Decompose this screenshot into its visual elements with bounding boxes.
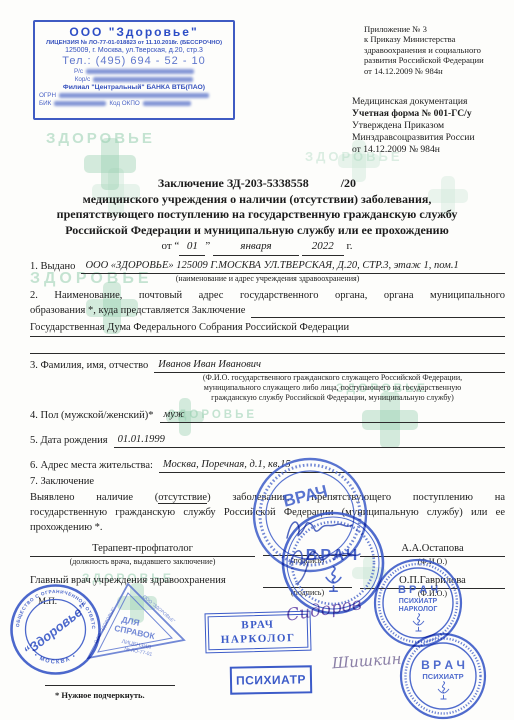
form-ministry: Минздравсоцразвития России	[352, 132, 510, 144]
svg-text:• МОСКВА •: • МОСКВА •	[33, 653, 78, 666]
title-line: препятствующего поступлению на государст…	[0, 207, 514, 223]
appendix-line: Приложение № 3	[364, 24, 509, 34]
appendix-line: от 14.12.2009 № 984н	[364, 66, 509, 76]
conclusion-line3: прохождению *.	[30, 520, 505, 535]
chief-doctor-name: О.П.Гаврилова	[360, 573, 505, 589]
form-doc-type: Медицинская документация	[352, 96, 510, 108]
field-fio: 3. Фамилия, имя, отчество Иванов Иван Ив…	[30, 357, 505, 373]
stamp-line: В Р А Ч	[421, 658, 465, 672]
field5-value: 01.01.1999	[114, 434, 165, 445]
conclusion-line2: государственную гражданскую службу Росси…	[30, 505, 505, 520]
fio-caption: (Ф.И.О.)	[360, 557, 505, 567]
field3-caption: гражданскую службу Российской Федерации,…	[160, 393, 505, 403]
field-birthdate: 5. Дата рождения 01.01.1999	[30, 432, 505, 448]
sign-row-therapist: Терапевт-профпатолог (должность врача, в…	[30, 541, 505, 567]
clinic-bank-branch: Филиал "Центральный" БАНКА ВТБ(ПАО)	[39, 84, 229, 91]
signature-caption: (подпись)	[263, 588, 352, 598]
field-address: 6. Адрес места жительства: Москва, Пореч…	[30, 457, 505, 473]
issue-day: 01	[179, 239, 205, 256]
appendix-line: развития Российской Федерации	[364, 55, 509, 65]
clinic-license: ЛИЦЕНЗИЯ № ЛО-77-01-018823 от 11.10.2018…	[39, 40, 229, 46]
issue-year: 2022	[302, 239, 344, 256]
clinic-name: ООО "Здоровье"	[39, 25, 229, 39]
round-stamp-psychiatrist: В Р А Ч ПСИХИАТР	[398, 631, 488, 720]
sign-row-chief-doctor: Главный врач учреждения здравоохранения …	[30, 573, 505, 599]
field4-value: муж	[160, 409, 185, 420]
footnote-rule	[45, 685, 175, 686]
appendix-line: к Приказу Министерства	[364, 34, 509, 44]
redacted-okpo	[143, 101, 191, 106]
rect-stamp-psychiatrist: ПСИХИАТР	[230, 665, 312, 694]
conclusion-text: ) заболевания, препятствующего поступлен…	[207, 492, 505, 503]
clinic-phone: Тел.: (495) 694 - 52 - 10	[39, 55, 229, 67]
field1-caption: (наименование и адрес учреждения здравоо…	[30, 274, 505, 284]
redacted-account	[86, 69, 194, 74]
field3-caption: (Ф.И.О. государственного гражданского сл…	[160, 373, 505, 383]
redacted-corr-account	[93, 77, 193, 82]
chief-signature-line	[263, 573, 352, 588]
redacted-bik	[54, 101, 106, 106]
field2-value: Государственная Дума Федерального Собран…	[30, 322, 349, 333]
issue-month: января	[213, 239, 299, 256]
field3-label: 3. Фамилия, имя, отчество	[30, 358, 154, 373]
therapist-name: А.А.Остапова	[360, 541, 505, 557]
therapist-title: Терапевт-профпатолог	[30, 541, 255, 557]
document-title: Заключение ЗД-203-5338558 /20 медицинско…	[0, 176, 514, 256]
conclusion-line1: Выявлено наличие (отсутствие) заболевани…	[30, 490, 505, 505]
corr-account-label: Кор/с	[75, 76, 91, 83]
empty-ruled-line	[30, 337, 505, 354]
bik-label: БИК	[39, 100, 51, 107]
field-gender: 4. Пол (мужской/женский)* муж	[30, 407, 505, 423]
field1-value: ООО «ЗДОРОВЬЕ» 125009 Г.МОСКВА УЛ.ТВЕРСК…	[81, 260, 458, 271]
okpo-label: Код ОКПО	[109, 100, 139, 107]
field2-value-row: Государственная Дума Федерального Собран…	[30, 320, 505, 337]
narcologist-line2: НАРКОЛОГ	[209, 631, 307, 648]
title-number: Заключение ЗД-203-5338558	[158, 176, 309, 190]
fio-caption: (Ф.И.О.)	[360, 589, 505, 599]
title-number-suffix: /20	[341, 176, 356, 190]
field2-blank	[251, 303, 505, 318]
chief-doctor-title: Главный врач учреждения здравоохранения	[30, 573, 255, 588]
stamp-line: ПСИХИАТР	[422, 672, 463, 681]
triangle-line2: СПРАВОК	[114, 623, 157, 641]
triangle-side-left: ООО "ЗДОРОВЬЕ"	[93, 606, 117, 644]
microtext-ring	[406, 639, 481, 714]
seal-rim-bottom-text: • МОСКВА •	[33, 653, 78, 666]
clinic-address: 125009, г. Москва, ул.Тверская, д.20, ст…	[39, 47, 229, 54]
therapist-title-caption: (должность врача, выдавшего заключение)	[30, 557, 255, 567]
field2-line2: образования *, куда представляется Заклю…	[30, 303, 505, 318]
stamp-line: ПСИХИАТР	[399, 598, 438, 605]
title-number-line: Заключение ЗД-203-5338558 /20	[0, 176, 514, 192]
watermark-text: ЗДОРОВЬЕ	[46, 130, 155, 147]
mp-seal-label: М.П.	[38, 596, 57, 606]
caduceus-icon	[413, 614, 424, 631]
field6-value: Москва, Поречная, д.1, кв.15	[159, 459, 291, 470]
field1-label: 1. Выдано	[30, 259, 81, 274]
field2-line1: 2. Наименование, почтовый адрес государс…	[30, 288, 505, 303]
caduceus-icon	[438, 682, 449, 699]
triangle-line3: ЛИЦЕНЗИЯ	[121, 639, 152, 651]
psychiatrist-label: ПСИХИАТР	[236, 672, 306, 687]
field6-label: 6. Адрес места жительства:	[30, 458, 159, 473]
account-label: Р/с	[74, 68, 83, 75]
field5-label: 5. Дата рождения	[30, 433, 114, 448]
document-body: 1. Выдано ООО «ЗДОРОВЬЕ» 125009 Г.МОСКВА…	[30, 258, 505, 599]
rect-stamp-narcologist: ВРАЧ НАРКОЛОГ	[204, 611, 311, 654]
title-line: Российской Федерации и муниципальную слу…	[0, 223, 514, 239]
issue-date-line: от “01” января 2022 г.	[0, 239, 514, 256]
form-approved: Утверждена Приказом	[352, 120, 510, 132]
footnote: * Нужное подчеркнуть.	[55, 690, 145, 700]
appendix-block: Приложение № 3 к Приказу Министерства зд…	[364, 24, 509, 76]
narcologist-line1: ВРАЧ	[209, 617, 307, 634]
field3-caption: муниципального служащего либо лица, пост…	[160, 383, 505, 393]
form-info-block: Медицинская документация Учетная форма №…	[352, 96, 510, 156]
stamp-line: НАРКОЛОГ	[399, 606, 438, 613]
seal-center-name: “Здоровье”	[21, 600, 90, 659]
field-issued-by: 1. Выдано ООО «ЗДОРОВЬЕ» 125009 Г.МОСКВА…	[30, 258, 505, 274]
medical-certificate-page: ЗДОРОВЬЕ ЗДОРОВЬЕ ЗДОРОВЬЕ ЗДОРОВЬЕ ЗДОР…	[0, 0, 514, 720]
appendix-line: здравоохранения и социального	[364, 45, 509, 55]
form-number: Учетная форма № 001-ГС/у	[352, 108, 510, 120]
conclusion-text: Выявлено наличие (	[30, 492, 158, 503]
ogrn-label: ОГРН	[39, 92, 56, 99]
date-prefix: от “	[162, 240, 180, 252]
therapist-signature-line	[263, 541, 352, 556]
redacted-ogrn	[59, 93, 209, 98]
conclusion-underlined-option: отсутствие	[158, 492, 207, 504]
field7-label: 7. Заключение	[30, 474, 505, 489]
title-line: медицинского учреждения о наличии (отсут…	[0, 192, 514, 208]
field3-value: Иванов Иван Иванович	[154, 359, 261, 370]
field2-label: образования *, куда представляется Заклю…	[30, 303, 251, 318]
date-mid: ”	[205, 240, 210, 252]
psychiatrist-signature: Шишкин	[331, 650, 402, 673]
clinic-header-stamp: ООО "Здоровье" ЛИЦЕНЗИЯ № ЛО-77-01-01882…	[33, 20, 235, 120]
form-date: от 14.12.2009 № 984н	[352, 144, 510, 156]
triangle-line4: № ЛО-77-01	[124, 646, 153, 658]
signature-caption: (подпись)	[263, 556, 352, 566]
date-suffix: г.	[346, 240, 352, 252]
field4-label: 4. Пол (мужской/женский)*	[30, 408, 160, 423]
